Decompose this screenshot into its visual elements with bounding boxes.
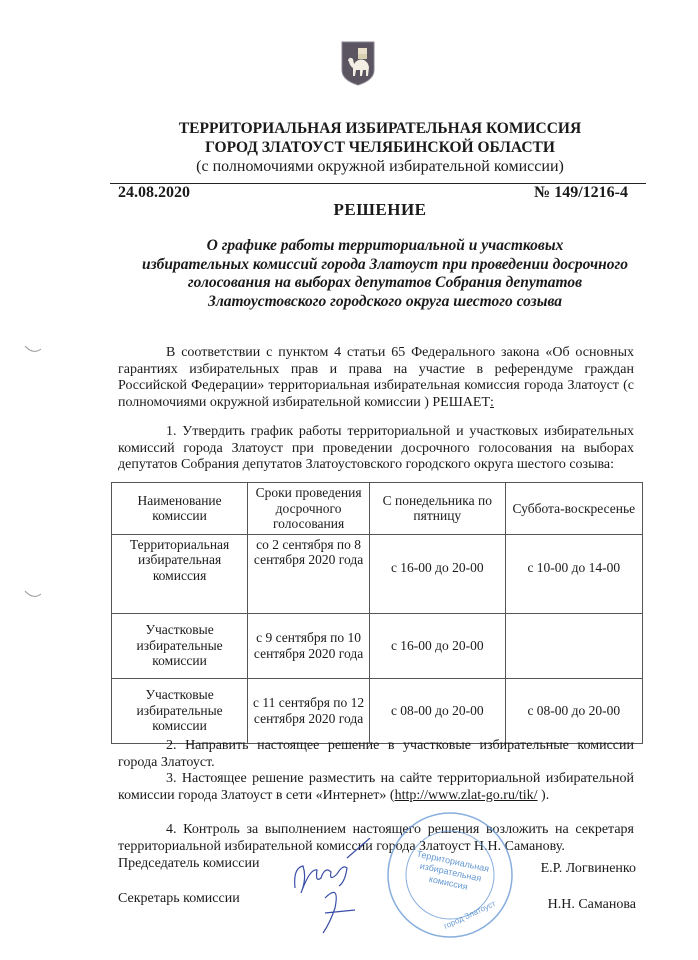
- cell-weekdays: с 08-00 до 20-00: [369, 678, 505, 743]
- preamble-text: В соответствии с пунктом 4 статьи 65 Фед…: [118, 345, 634, 410]
- subject-line: избирательных комиссий города Златоуст п…: [110, 256, 660, 275]
- table-row: Участковые избирательные комиссии с 9 се…: [112, 613, 643, 678]
- svg-text:город Златоуст: город Златоуст: [442, 899, 497, 931]
- secretary-name: Н.Н. Саманова: [548, 897, 636, 913]
- org-authority-note: (с полномочиями окружной избирательной к…: [110, 157, 650, 176]
- cell-commission: Территориальная избирательная комиссия: [112, 534, 248, 613]
- item-3-paragraph: 3. Настоящее решение разместить на сайте…: [118, 771, 634, 804]
- cell-weekend: с 08-00 до 20-00: [505, 678, 642, 743]
- item-3-tail: ).: [538, 788, 550, 803]
- item-3-text: 3. Настоящее решение разместить на сайте…: [118, 771, 634, 803]
- scan-margin-mark: [24, 345, 42, 355]
- document-type-title: РЕШЕНИЕ: [110, 200, 650, 220]
- cell-weekdays: с 16-00 до 20-00: [369, 534, 505, 613]
- handwritten-signature-icon: [285, 838, 375, 938]
- header-cell-period: Сроки проведения досрочного голосования: [248, 483, 370, 535]
- header-cell-commission: Наименование комиссии: [112, 483, 248, 535]
- cell-period: с 9 сентября по 10 сентября 2020 года: [248, 613, 370, 678]
- cell-period: с 11 сентября по 12 сентября 2020 года: [248, 678, 370, 743]
- scan-margin-mark: [24, 590, 42, 600]
- item-1-paragraph: 1. Утвердить график работы территориальн…: [118, 424, 634, 474]
- cell-commission: Участковые избирательные комиссии: [112, 678, 248, 743]
- preamble-paragraph: В соответствии с пунктом 4 статьи 65 Фед…: [118, 345, 634, 411]
- coat-of-arms-icon: [340, 40, 376, 86]
- cell-weekend: [505, 613, 642, 678]
- chair-label: Председатель комиссии: [118, 856, 259, 872]
- schedule-table: Наименование комиссии Сроки проведения д…: [111, 482, 643, 744]
- official-stamp-icon: Территориальная избирательная комиссия г…: [385, 810, 515, 940]
- website-link[interactable]: http://www.zlat-go.ru/tik/: [395, 788, 538, 803]
- cell-weekdays: с 16-00 до 20-00: [369, 613, 505, 678]
- subject-line: голосования на выборах депутатов Собрани…: [150, 274, 620, 293]
- secretary-label: Секретарь комиссии: [118, 891, 240, 907]
- org-name-line2: ГОРОД ЗЛАТОУСТ ЧЕЛЯБИНСКОЙ ОБЛАСТИ: [110, 138, 650, 157]
- header-cell-weekdays: С понедельника по пятницу: [369, 483, 505, 535]
- chair-name: Е.Р. Логвиненко: [541, 861, 636, 877]
- table-row: Территориальная избирательная комиссия с…: [112, 534, 643, 613]
- item-2-paragraph: 2. Направить настоящее решение в участко…: [118, 738, 634, 771]
- subject-line: О графике работы территориальной и участ…: [150, 237, 620, 256]
- decision-subject: О графике работы территориальной и участ…: [150, 237, 620, 311]
- cell-weekend: с 10-00 до 14-00: [505, 534, 642, 613]
- cell-commission: Участковые избирательные комиссии: [112, 613, 248, 678]
- org-name-line1: ТЕРРИТОРИАЛЬНАЯ ИЗБИРАТЕЛЬНАЯ КОМИССИЯ: [110, 119, 650, 138]
- table-header-row: Наименование комиссии Сроки проведения д…: [112, 483, 643, 535]
- resolves-word: РЕШАЕТ: [432, 395, 490, 410]
- header-cell-weekend: Суббота-воскресенье: [505, 483, 642, 535]
- item-4-paragraph: 4. Контроль за выполнением настоящего ре…: [118, 822, 634, 855]
- table-row: Участковые избирательные комиссии с 11 с…: [112, 678, 643, 743]
- subject-line: Златоустовского городского округа шестог…: [150, 293, 620, 312]
- document-page: ТЕРРИТОРИАЛЬНАЯ ИЗБИРАТЕЛЬНАЯ КОМИССИЯ Г…: [0, 0, 698, 960]
- cell-period: со 2 сентября по 8 сентября 2020 года: [248, 534, 370, 613]
- resolves-colon: :: [490, 395, 494, 410]
